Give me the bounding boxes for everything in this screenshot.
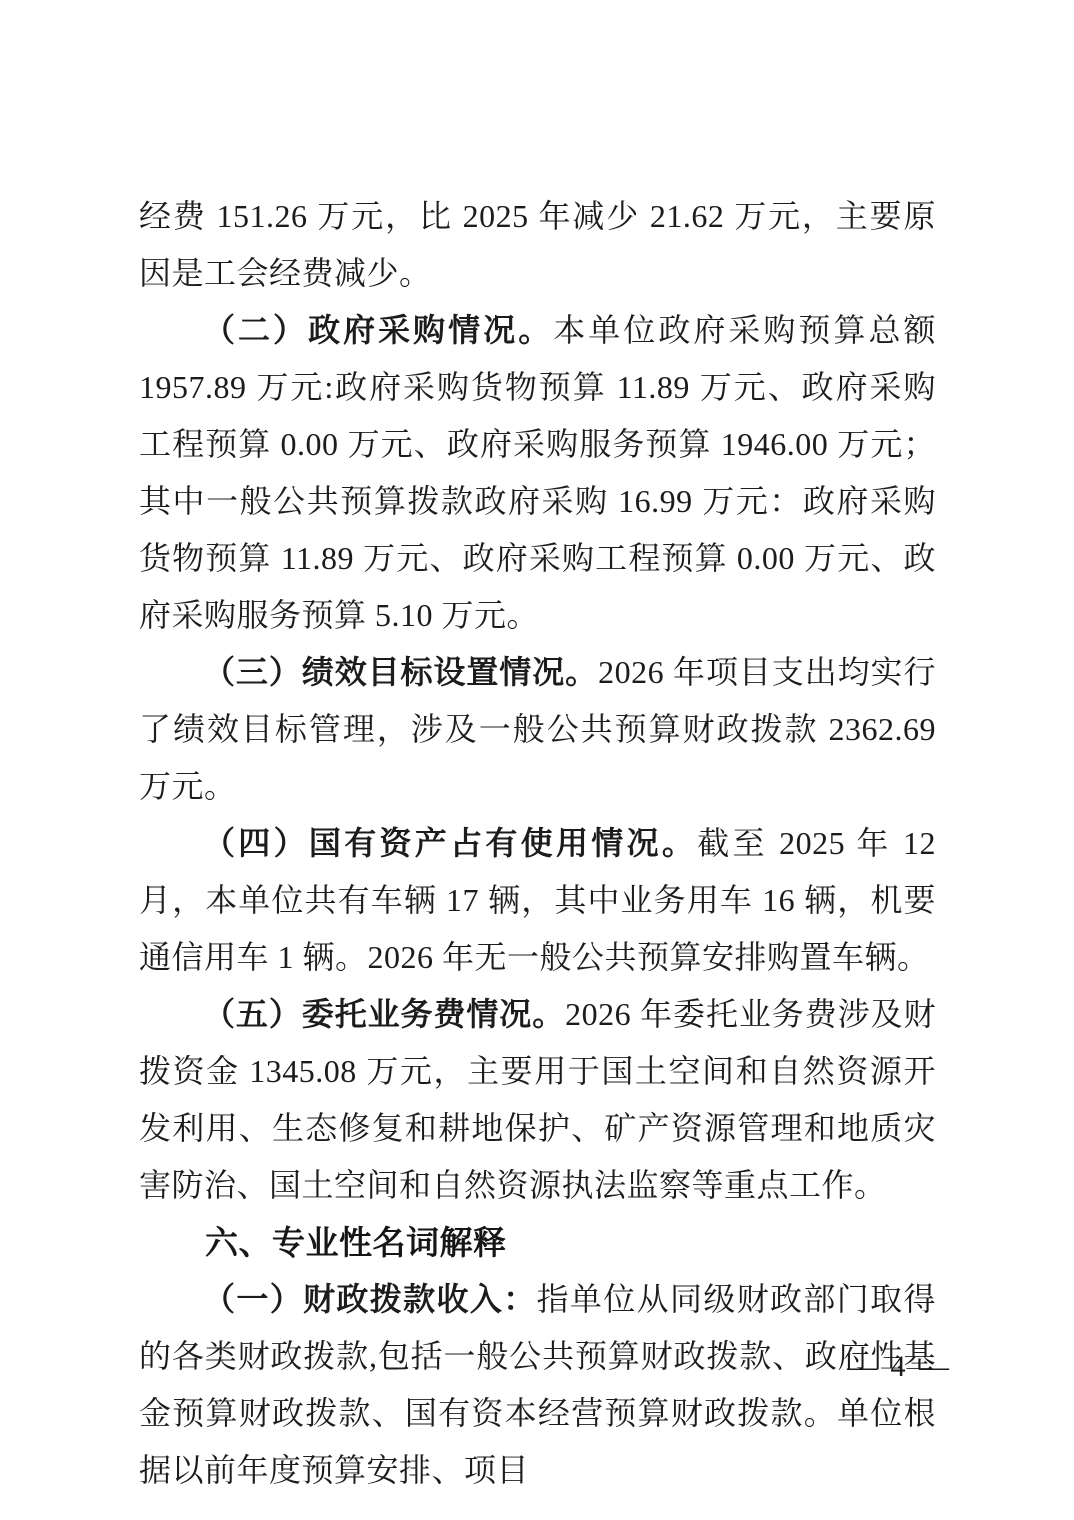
para-government-procurement: （二）政府采购情况。本单位政府采购预算总额 1957.89 万元:政府采购货物预…	[139, 302, 936, 644]
para-lead: （四）国有资产占有使用情况。	[203, 825, 697, 861]
para-state-owned-assets: （四）国有资产占有使用情况。截至 2025 年 12 月，本单位共有车辆 17 …	[139, 815, 936, 986]
para-entrusted-business-fees: （五）委托业务费情况。2026 年委托业务费涉及财拨资金 1345.08 万元，…	[139, 986, 936, 1214]
para-lead: （三）绩效目标设置情况。	[203, 654, 598, 690]
document-page: 经费 151.26 万元，比 2025 年减少 21.62 万元，主要原因是工会…	[0, 0, 1074, 1520]
para-lead: （一）财政拨款收入：	[203, 1281, 537, 1317]
para-union-funds-continuation: 经费 151.26 万元，比 2025 年减少 21.62 万元，主要原因是工会…	[139, 188, 936, 302]
para-performance-targets: （三）绩效目标设置情况。2026 年项目支出均实行了绩效目标管理，涉及一般公共预…	[139, 644, 936, 815]
para-lead: （二）政府采购情况。	[203, 312, 553, 348]
para-text: 本单位政府采购预算总额 1957.89 万元:政府采购货物预算 11.89 万元…	[139, 312, 936, 633]
para-lead: （五）委托业务费情况。	[203, 996, 565, 1032]
para-fiscal-appropriation-definition: （一）财政拨款收入：指单位从同级财政部门取得的各类财政拨款,包括一般公共预算财政…	[139, 1271, 936, 1499]
section-heading-glossary: 六、专业性名词解释	[139, 1214, 936, 1271]
para-text: 经费 151.26 万元，比 2025 年减少 21.62 万元，主要原因是工会…	[139, 198, 936, 291]
page-number: — 4 —	[847, 1350, 952, 1384]
document-body: 经费 151.26 万元，比 2025 年减少 21.62 万元，主要原因是工会…	[139, 188, 936, 1499]
